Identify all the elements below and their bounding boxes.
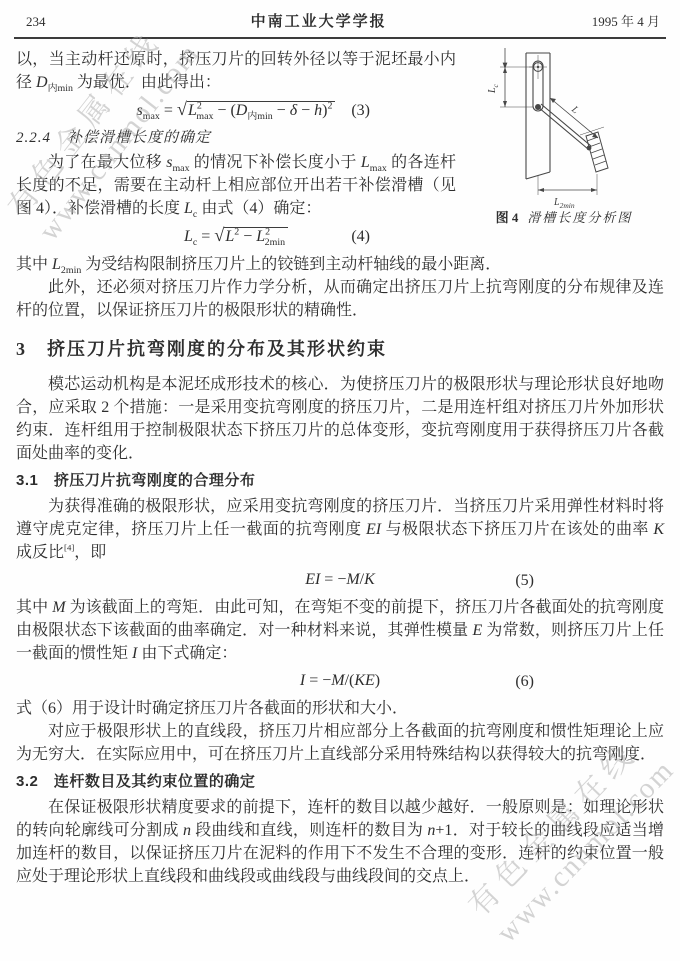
paragraph-section-3-intro: 模芯运动机构是本泥坯成形技术的核心．为使挤压刀片的极限形状与理论形状良好地吻合，… — [16, 373, 664, 465]
heading-2-2-4: 2.2.4 补偿滑槽长度的确定 — [16, 127, 456, 150]
paragraph-straight-segments: 对应于极限形状上的直线段，挤压刀片相应部分上各截面的抗弯刚度和惯性矩理论上应为无… — [16, 720, 664, 766]
equation-5: EI = −M/K (5) — [16, 566, 664, 593]
paragraph-where-l2min: 其中 L2min 为受结构限制挤压刀片上的铰链到主动杆轴线的最小距离． — [16, 253, 664, 276]
dimension-l2min: L2min — [538, 174, 597, 208]
section-3-heading: 3 挤压刀片抗弯刚度的分布及其形状约束 — [16, 338, 664, 361]
paragraph-bending-moment: 其中 M 为该截面上的弯矩．由此可知，在弯矩不变的前提下，挤压刀片各截面处的抗弯… — [16, 596, 664, 665]
equation-4-number: (4) — [351, 223, 370, 250]
equation-5-number: (5) — [515, 567, 534, 594]
page-body: 以，当主动杆还原时，挤压刀片的回转外径以等于泥坯最小内径 D内min 为最优．由… — [0, 39, 680, 888]
two-column-row: 以，当主动杆还原时，挤压刀片的回转外径以等于泥坯最小内径 D内min 为最优．由… — [16, 48, 664, 253]
paragraph-link-count: 在保证极限形状精度要求的前提下，连杆的数目以越少越好．一般原则是：如理论形状的转… — [16, 796, 664, 888]
equation-3-body: smax = √L2max − (D内min − δ − h)2 — [137, 96, 336, 124]
section-3-2-heading: 3.2 连杆数目及其约束位置的确定 — [16, 770, 664, 793]
journal-page-scan: 有色金属在线 www.cnnmol.com 有色金属在线 www.cnnmol.… — [0, 0, 680, 961]
figure-4-drawing: Lc L — [462, 48, 666, 208]
upper-pin-center — [537, 66, 539, 68]
equation-6-body: I = −M/(KE) — [300, 667, 380, 694]
figure-4-caption: 图 4滑槽长度分析图 — [462, 210, 666, 226]
paragraph-stiffness-distribution: 为获得准确的极限形状，应采用变抗弯刚度的挤压刀片．当挤压刀片采用弹性材料时将遵守… — [16, 495, 664, 564]
connecting-link — [538, 104, 591, 149]
running-head: 234 中南工业大学学报 1995 年 4 月 — [14, 0, 666, 39]
equation-4: Lc = √L2 − L22min (4) — [16, 222, 456, 250]
journal-title: 中南工业大学学报 — [251, 10, 387, 33]
paragraph-compensation-slot: 为了在最大位移 smax 的情况下补偿长度小于 Lmax 的各连杆长度的不足，需… — [16, 151, 456, 220]
paragraph-eq6-usage: 式（6）用于设计时确定挤压刀片各截面的形状和大小． — [16, 697, 664, 720]
blade-section-hatched — [580, 127, 608, 172]
equation-3-number: (3) — [351, 97, 370, 124]
equation-6-number: (6) — [515, 668, 534, 695]
equation-5-body: EI = −M/K — [305, 566, 375, 593]
equation-6: I = −M/(KE) (6) — [16, 667, 664, 694]
page-number: 234 — [26, 10, 46, 33]
equation-4-body: Lc = √L2 − L22min — [184, 222, 288, 250]
section-3-1-heading: 3.1 挤压刀片抗弯刚度的合理分布 — [16, 469, 664, 492]
issue-date: 1995 年 4 月 — [592, 10, 660, 33]
dimension-lc-label: Lc — [487, 83, 500, 94]
equation-3: smax = √L2max − (D内min − δ − h)2 (3) — [16, 96, 456, 124]
figure-4-caption-label: 图 4 — [496, 210, 519, 225]
paragraph-mechanics-analysis: 此外，还必须对挤压刀片作力学分析，从而确定出挤压刀片上抗弯刚度的分布规律及连杆的… — [16, 276, 664, 322]
left-text-column: 以，当主动杆还原时，挤压刀片的回转外径以等于泥坯最小内径 D内min 为最优．由… — [16, 48, 456, 253]
paragraph-carryover: 以，当主动杆还原时，挤压刀片的回转外径以等于泥坯最小内径 D内min 为最优．由… — [16, 48, 456, 94]
figure-4-caption-title: 滑槽长度分析图 — [527, 210, 632, 225]
figure-4-block: Lc L — [456, 48, 666, 253]
dimension-l2min-label: L2min — [553, 197, 575, 208]
